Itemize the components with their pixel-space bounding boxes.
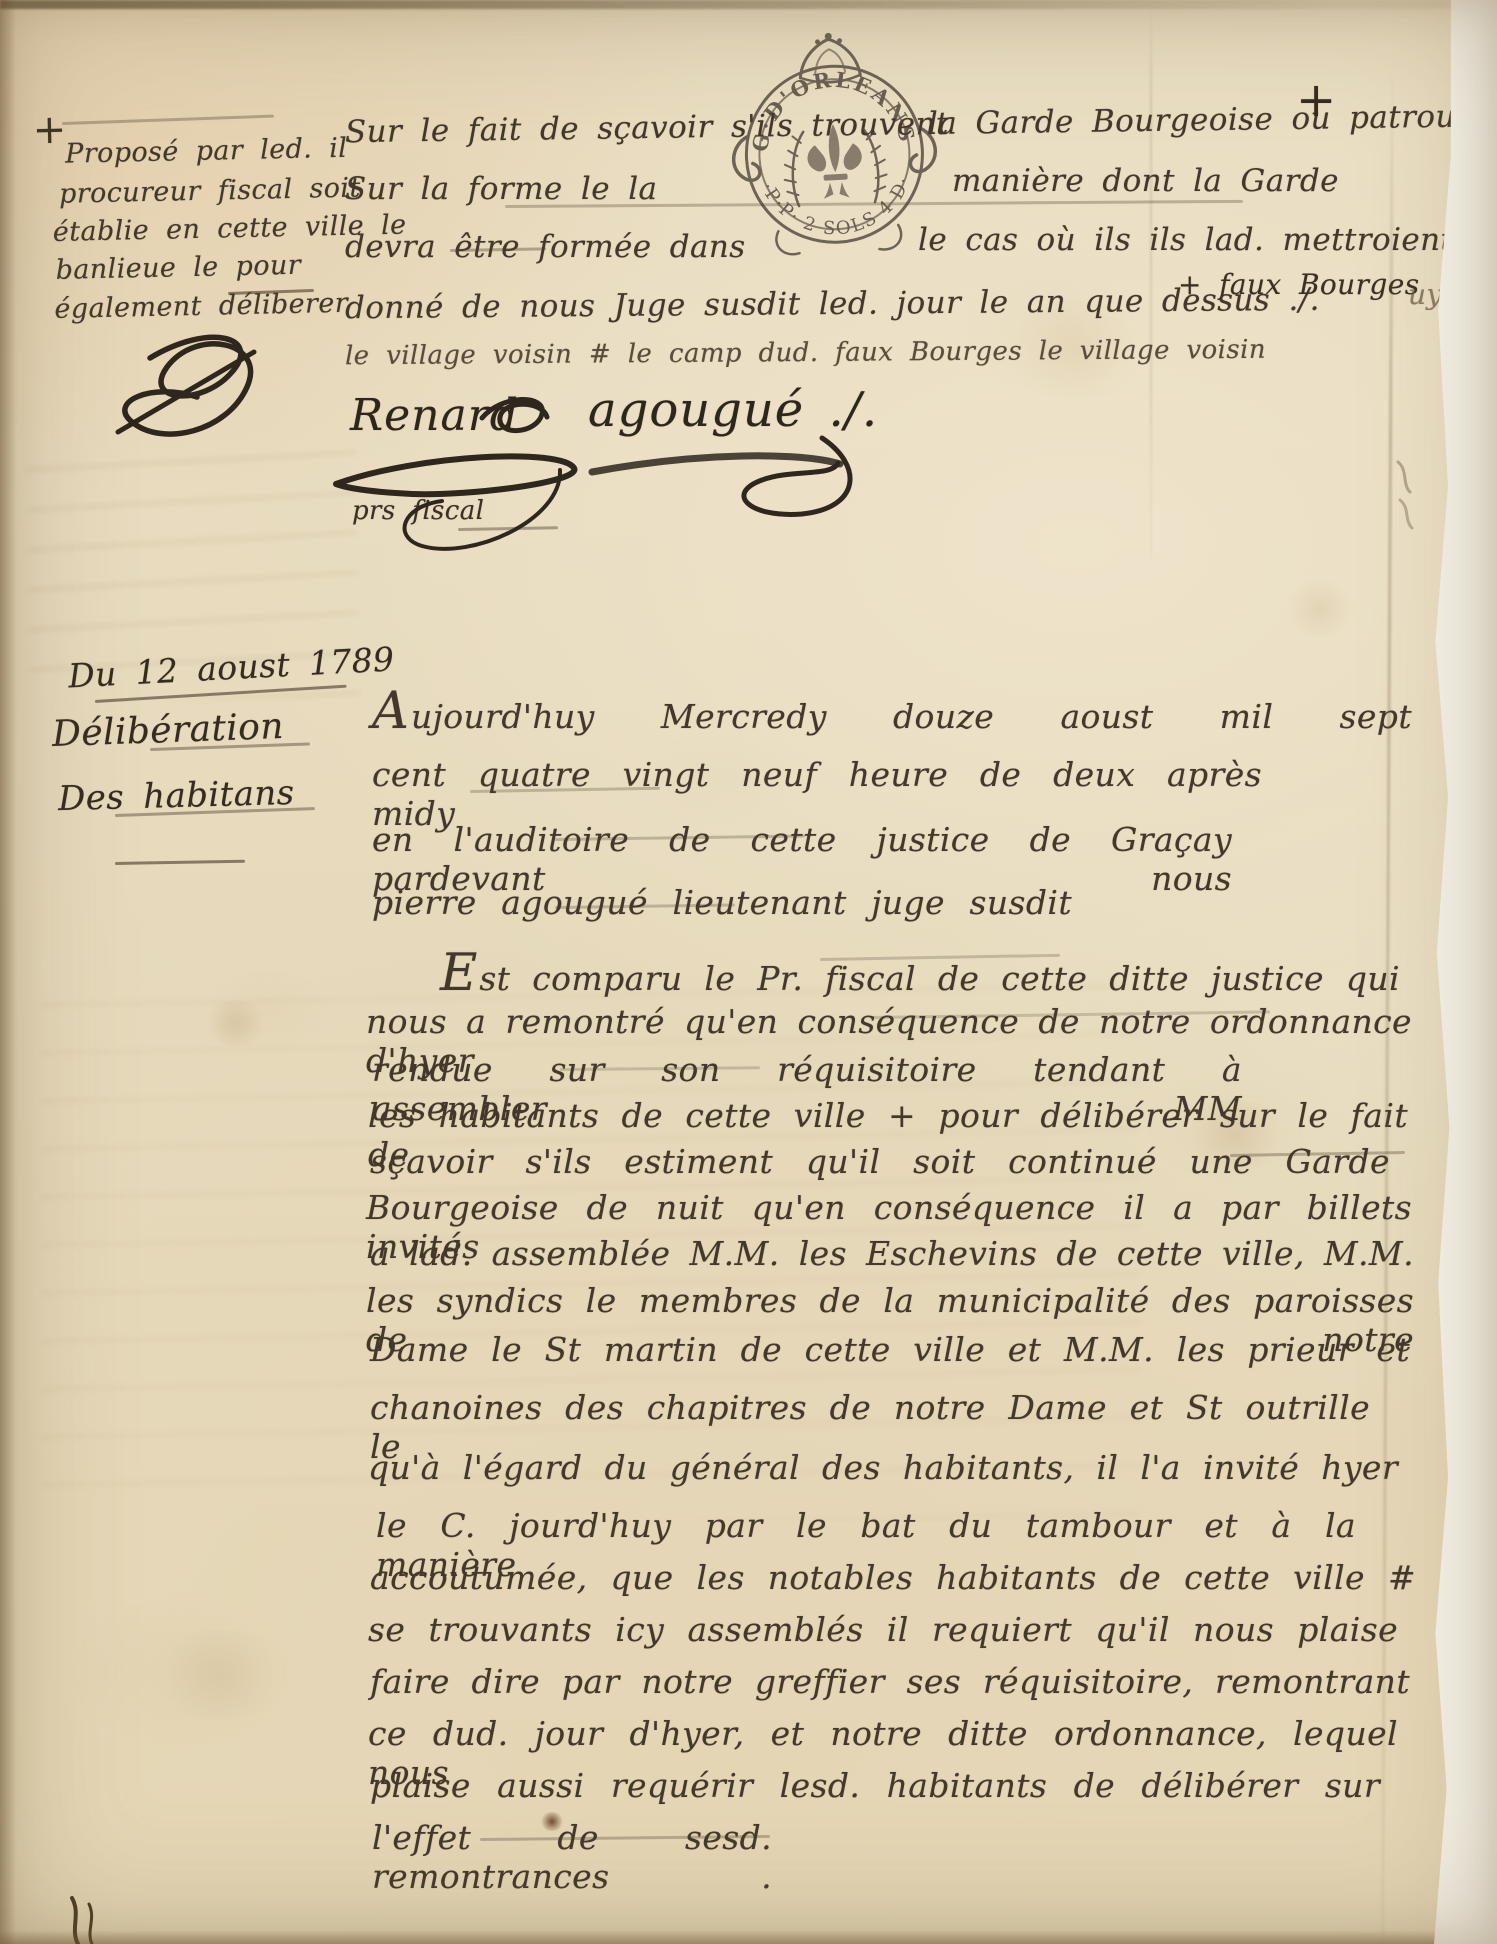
- manuscript-page: + Proposé par led. il procureur fiscal s…: [0, 0, 1497, 1944]
- page-vignette: [0, 0, 1497, 1944]
